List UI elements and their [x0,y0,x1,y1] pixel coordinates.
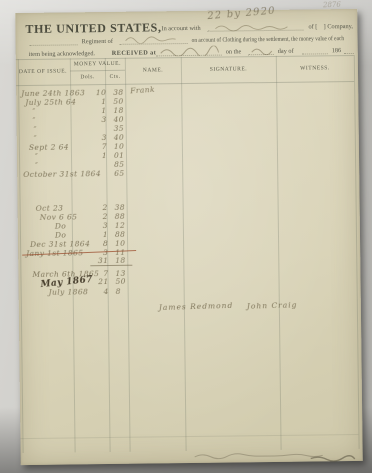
ledger-cts: 12 [115,221,125,230]
on-the-label: on the [226,48,242,55]
witness-entry: John Craig [247,300,298,310]
ledger-cts: 10 [115,239,125,248]
month-blank [302,46,328,54]
ledger-cts: 38 [115,203,125,212]
ledger-dols: 3 [91,115,107,124]
col-header-dols: Dols. [70,74,105,80]
handwriting-scribble [159,46,219,57]
signature-entry: James Redmond [159,301,234,312]
ledger-cts: 88 [115,230,125,239]
ledger-dols: 3 [91,133,107,142]
ledger-cts: 18 [113,106,123,115]
handwriting-scribble [124,34,179,44]
pre-regiment-blank [30,37,78,46]
ledger-date: October 31st 1864 [23,169,101,179]
ledger-date: ″ [34,134,37,143]
ledger-dols: 10 [90,88,106,97]
ledger-total-dols: 31 [92,256,108,265]
pencil-scribble [309,454,357,463]
ledger-dols: 1 [90,97,106,106]
top-right-pencil-note: 2876 [323,1,341,10]
ledger-cts: 40 [114,133,124,142]
year-label: 186 [332,47,342,54]
clothing-settlement-text: on account of Clothing during the settle… [192,35,345,44]
ledger-dols: 4 [93,287,109,296]
col-header-cts: Cts. [105,74,125,80]
ledger-date: Do [55,230,66,239]
top-center-pencil-note: 22 by 2920 [207,6,276,23]
ledger-cts: 10 [114,142,124,151]
ledger-cts: 35 [114,124,124,133]
ledger-dols: 2 [92,203,108,212]
ledger-cts: 88 [115,212,125,221]
ledger-date: Do [55,221,66,230]
ledger-dols: 7 [91,142,107,151]
ledger-date: Nov 6 65 [40,212,78,221]
ledger-cts: 85 [114,160,124,169]
total-underline [90,265,132,267]
regiment-of-label: Regiment of [82,38,113,45]
ledger-date: ″ [34,125,37,134]
ledger-cts: 01 [114,151,124,160]
ledger-date: Oct 23 [36,204,64,213]
received-at-label: RECEIVED at [112,49,157,57]
ledger-date: ″ [35,161,38,170]
ledger-date: ″ [35,152,38,161]
ledger-cts: 65 [114,169,124,178]
acknowledged-text: item being acknowledged. [29,50,95,58]
ledger-cts: 50 [113,97,123,106]
money-subheader-rule [70,70,125,72]
handwriting-scribble [250,45,274,55]
ledger-dols: 2 [92,212,108,221]
ledger-cts: 50 [115,277,125,286]
of-company-label: of [ ] Company, [308,23,353,31]
ledger-date: ″ [32,107,35,116]
ledger-dols: 1 [92,230,108,239]
col-header-date: DATE OF ISSUE. [16,68,70,75]
ledger-date: Sept 2 64 [29,142,69,151]
handwriting-scribble [213,22,293,32]
col-header-witness: WITNESS. [276,65,354,72]
ledger-date: July 1868 [49,287,89,296]
col-header-signature: SIGNATURE. [181,66,276,73]
col-header-name: NAME. [125,67,181,74]
ledger-cts: 40 [114,115,124,124]
lower-faint-rule [20,434,358,439]
year-blank [344,46,354,54]
ledger-cts: 38 [113,88,123,97]
ledger-total-cts: 18 [115,256,125,265]
clothing-account-form: 22 by 2920 THE UNITED STATES, In account… [15,9,362,465]
day-of-label: day of [278,48,294,55]
ledger-dols: 3 [92,221,108,230]
ledger-dols: 1 [91,151,107,160]
ledger-date: ″ [33,116,36,125]
ledger-dols: 8 [92,239,108,248]
ledger-dols: 1 [90,106,106,115]
ledger-dols: 21 [92,277,108,286]
account-with-label: In account with [161,25,200,32]
ledger-cts: 8 [116,287,121,296]
col-header-money: MONEY VALUE. [70,61,125,68]
scanned-document-photo: 2876 22 by 2920 THE UNITED STATES, In ac… [0,0,372,473]
